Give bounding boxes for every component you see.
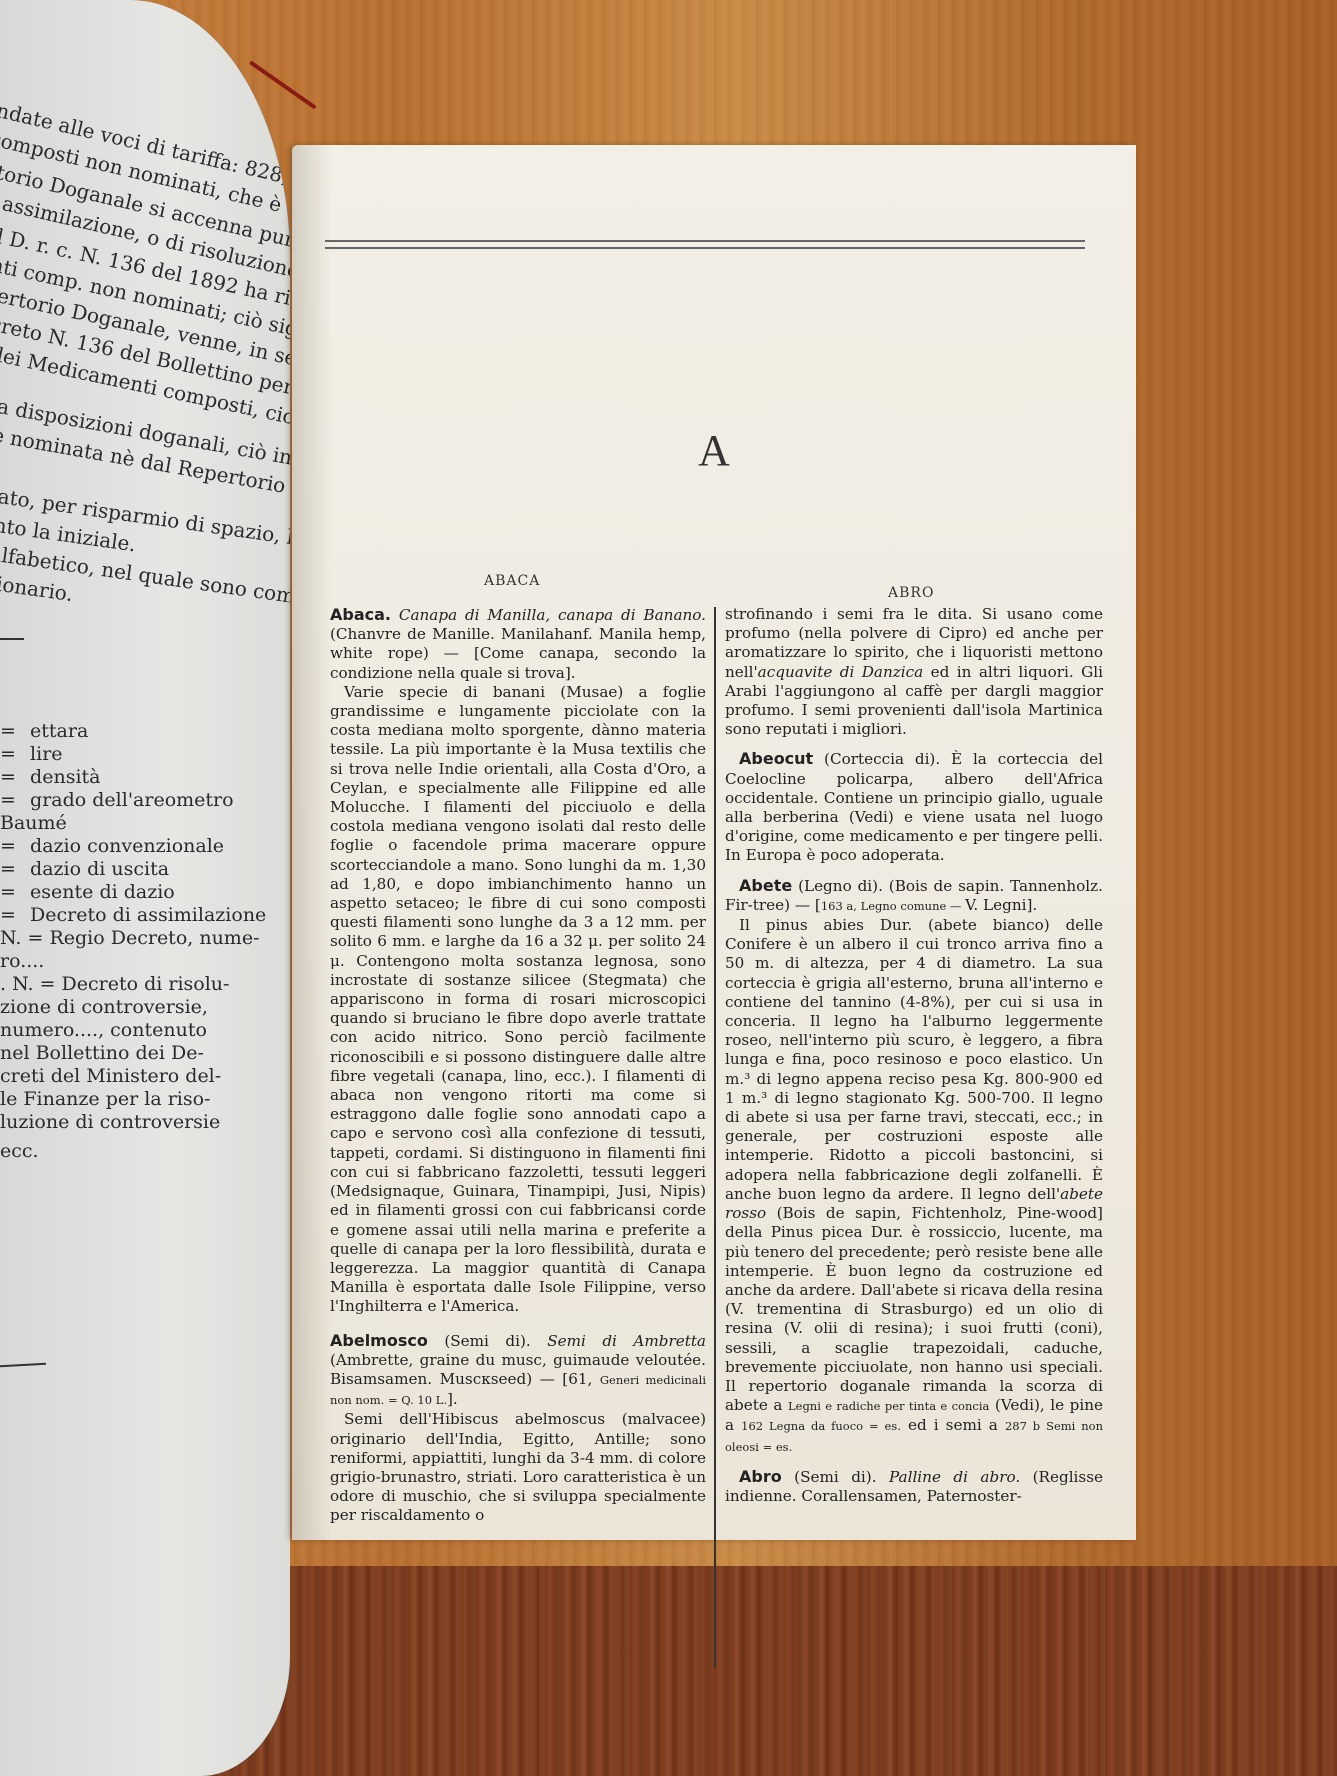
- running-head-left: ABACA: [484, 573, 540, 589]
- dictionary-entry-abete: Abete (Legno di). (Bois de sapin. Tannen…: [725, 876, 1103, 1457]
- entry-continuation: strofinando i semi fra le dita. Si usano…: [725, 605, 1103, 739]
- abbreviation-row: = dazio di uscita: [0, 858, 266, 881]
- abbreviation-row: . N. = Decreto di risolu-: [0, 973, 266, 996]
- section-letter: A: [292, 425, 1136, 476]
- abbreviation-row: N. = Regio Decreto, nume-: [0, 927, 266, 950]
- abbreviation-row: = grado dell'areometro: [0, 789, 266, 812]
- left-divider-bottom: [0, 1363, 46, 1367]
- right-page: A ABACA ABRO Abaca. Canapa di Manilla, c…: [292, 145, 1136, 1540]
- abbreviation-row: = lire: [0, 743, 266, 766]
- dictionary-entry-abro: Abro (Semi di). Palline di abro. (Reglis…: [725, 1467, 1103, 1506]
- abbreviation-row: = esente di dazio: [0, 881, 266, 904]
- left-paragraph-5: ato, per risparmio di spazio, la voce nt…: [0, 482, 290, 647]
- column-divider: [714, 607, 716, 1667]
- left-divider-top: [0, 638, 24, 640]
- left-page: ndate alle voci di tariffa: 828, Conci- …: [0, 0, 290, 1776]
- abbreviation-row: = dazio convenzionale: [0, 835, 266, 858]
- dictionary-entry-abelmosco: Abelmosco (Semi di). Semi di Ambretta (A…: [330, 1331, 706, 1526]
- abbreviation-row: = densità: [0, 766, 266, 789]
- dictionary-entry-abeocut: Abeocut (Corteccia di). È la corteccia d…: [725, 749, 1103, 865]
- abbreviations-list: = ettara = lire = densità = grado dell'a…: [0, 720, 266, 1163]
- dictionary-entry-abaca: Abaca. Canapa di Manilla, canapa di Bana…: [330, 605, 706, 1317]
- abbreviation-row: = ettara: [0, 720, 266, 743]
- running-head-right: ABRO: [888, 585, 934, 601]
- left-column: Abaca. Canapa di Manilla, canapa di Bana…: [330, 605, 706, 1536]
- right-column: strofinando i semi fra le dita. Si usano…: [725, 605, 1103, 1516]
- header-double-rule: [325, 240, 1085, 249]
- abbreviation-row: = Decreto di assimilazione: [0, 904, 266, 927]
